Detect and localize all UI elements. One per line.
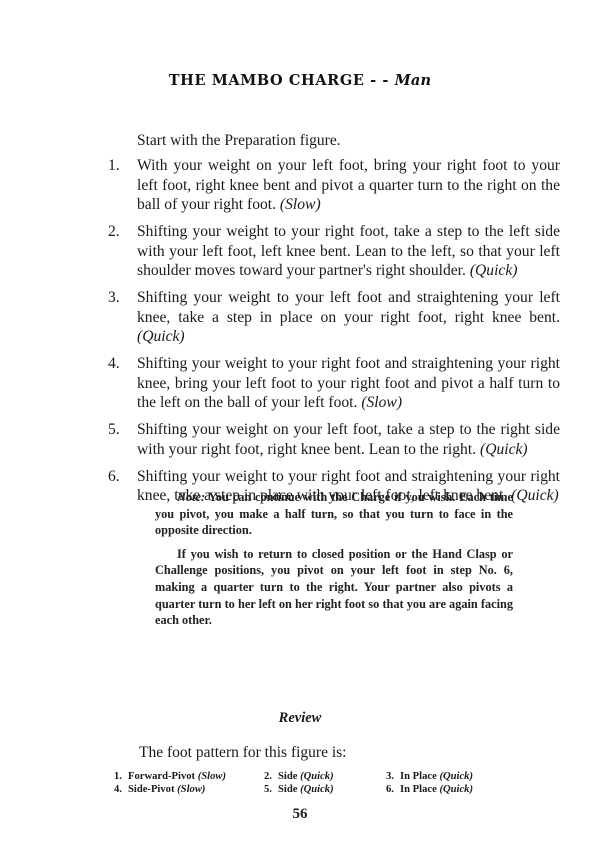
review-heading: Review (0, 710, 600, 727)
step-tempo: (Slow) (280, 196, 321, 213)
step-number: 5. (108, 420, 137, 459)
step-item: 4.Shifting your weight to your right foo… (108, 354, 560, 413)
pattern-item: 5.Side (Quick) (264, 783, 386, 796)
step-tempo: (Slow) (361, 394, 402, 411)
step-number: 4. (108, 354, 137, 413)
step-number: 1. (108, 156, 137, 215)
step-item: 1.With your weight on your left foot, br… (108, 156, 560, 215)
step-tempo: (Quick) (480, 441, 528, 458)
step-item: 3.Shifting your weight to your left foot… (108, 288, 560, 347)
step-number: 6. (108, 467, 137, 506)
step-number: 2. (108, 222, 137, 281)
step-item: 2.Shifting your weight to your right foo… (108, 222, 560, 281)
pattern-row: 1.Forward-Pivot (Slow) 2.Side (Quick) 3.… (114, 770, 554, 783)
foot-pattern-table: 1.Forward-Pivot (Slow) 2.Side (Quick) 3.… (114, 770, 554, 796)
note-paragraph-2: If you wish to return to closed position… (155, 546, 513, 629)
step-text: Shifting your weight to your left foot a… (137, 289, 560, 326)
note-block: Note: You can continue with the Charge i… (155, 489, 513, 636)
note-label: Note: (177, 490, 205, 504)
pattern-item: 1.Forward-Pivot (Slow) (114, 770, 264, 783)
pattern-item: 2.Side (Quick) (264, 770, 386, 783)
pattern-item: 4.Side-Pivot (Slow) (114, 783, 264, 796)
page-number: 56 (0, 806, 600, 823)
note-paragraph-1: Note: You can continue with the Charge i… (155, 489, 513, 539)
steps-list: 1.With your weight on your left foot, br… (108, 156, 560, 513)
intro-text: Start with the Preparation figure. (137, 132, 341, 150)
step-item: 5.Shifting your weight on your left foot… (108, 420, 560, 459)
step-tempo: (Quick) (137, 328, 185, 345)
pattern-item: 3.In Place (Quick) (386, 770, 536, 783)
title-main: THE MAMBO CHARGE - - (169, 72, 395, 89)
review-intro: The foot pattern for this figure is: (139, 744, 346, 762)
step-text: Shifting your weight to your right foot … (137, 355, 560, 411)
step-number: 3. (108, 288, 137, 347)
step-text: With your weight on your left foot, brin… (137, 157, 560, 213)
title-role: Man (395, 72, 432, 89)
step-tempo: (Quick) (470, 262, 518, 279)
step-tempo: (Quick) (511, 487, 559, 504)
pattern-item: 6.In Place (Quick) (386, 783, 536, 796)
pattern-row: 4.Side-Pivot (Slow) 5.Side (Quick) 6.In … (114, 783, 554, 796)
page-title: THE MAMBO CHARGE - - Man (0, 72, 600, 89)
